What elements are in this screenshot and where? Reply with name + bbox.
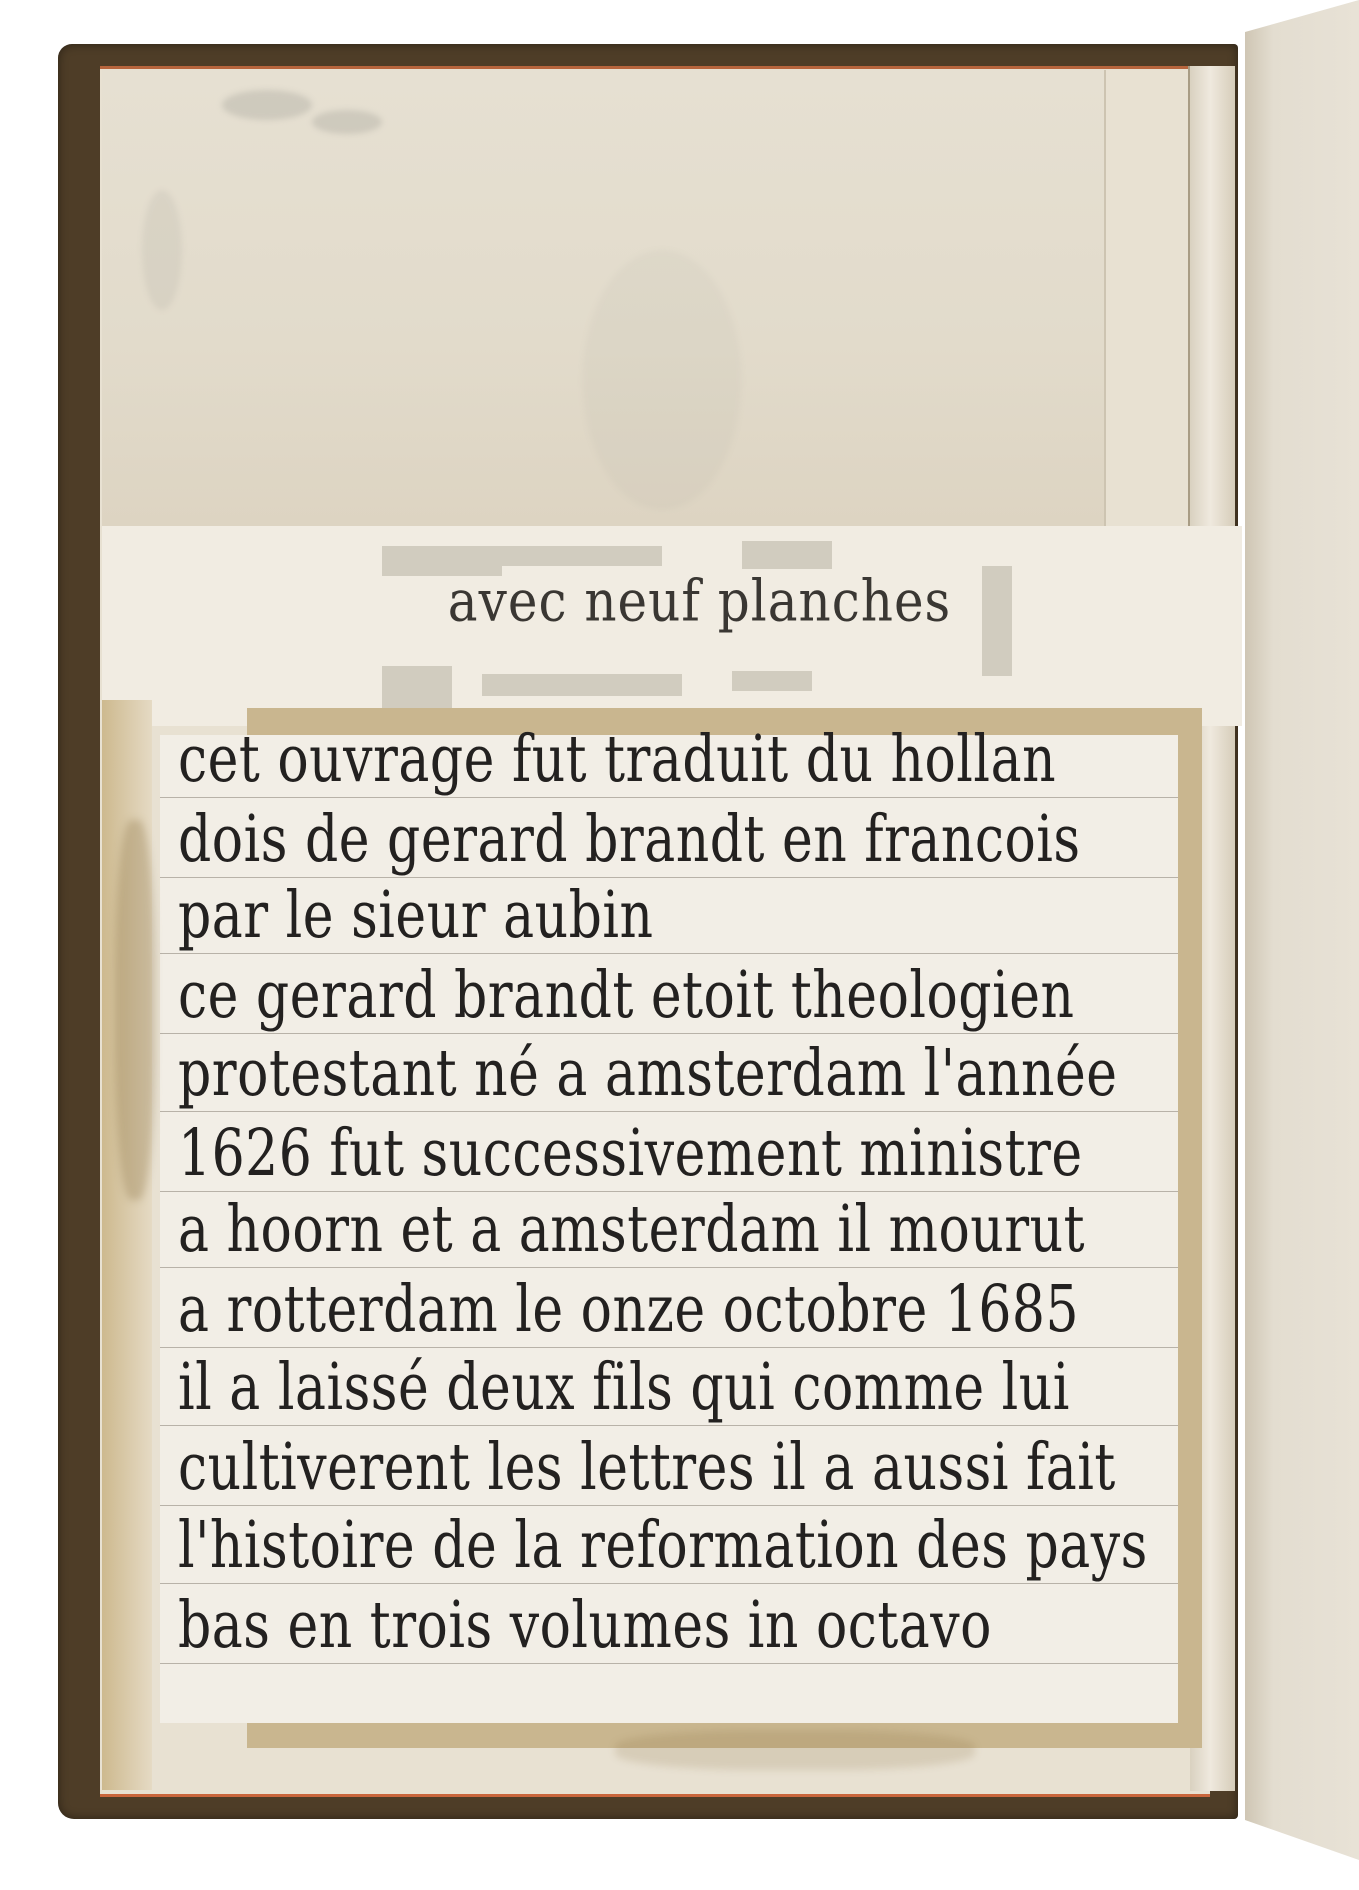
note-line: il a laissé deux fils qui comme lui [178, 1350, 1070, 1425]
upper-leaf [102, 70, 1106, 526]
note-line: a rotterdam le onze octobre 1685 [178, 1272, 1079, 1347]
note-line: 1626 fut successivement ministre [178, 1116, 1083, 1191]
water-stain [115, 820, 155, 1200]
note-line: cet ouvrage fut traduit du hollan [178, 722, 1056, 797]
note-line: par le sieur aubin [178, 878, 653, 953]
note-line: ce gerard brandt etoit theologien [178, 958, 1075, 1033]
water-stain [615, 1730, 975, 1770]
note-line: l'histoire de la reformation des pays [178, 1508, 1148, 1583]
note-line: a hoorn et a amsterdam il mourut [178, 1192, 1085, 1267]
note-line: bas en trois volumes in octavo [178, 1588, 992, 1663]
note-line: cultiverent les lettres il a aussi fait [178, 1430, 1116, 1505]
note-line: dois de gerard brandt en francois [178, 802, 1081, 877]
strip-heading: avec neuf planches [0, 568, 1359, 635]
facing-page [1245, 0, 1359, 1860]
note-line: protestant né a amsterdam l'année [178, 1036, 1118, 1111]
handwritten-note: cet ouvrage fut traduit du hollan dois d… [160, 735, 1178, 1723]
